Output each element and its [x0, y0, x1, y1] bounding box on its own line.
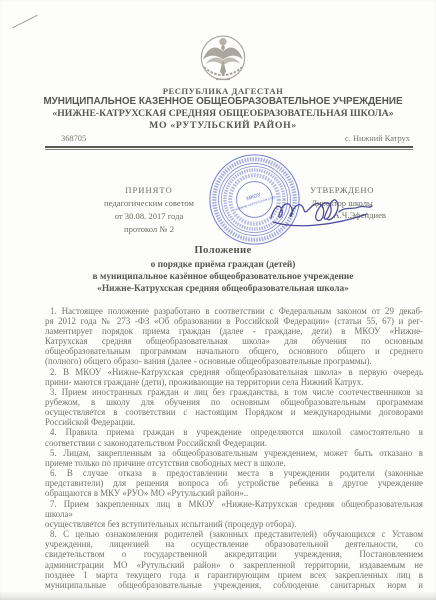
title-line-2: о порядке приёма граждан (детей) [18, 259, 428, 271]
body-line: рубежом, в школу для обучения по основны… [45, 397, 423, 407]
body-line: ламентирует порядок приема граждан (дале… [45, 326, 423, 336]
body-line: приеме только по причине отсутствия своб… [45, 458, 423, 468]
body-line: школа» [45, 509, 423, 519]
director-signature-icon [267, 190, 375, 234]
body-line: 8. С целью ознакомления родителей (закон… [45, 529, 423, 539]
body-line: прини- маются граждане (дети), проживающ… [45, 377, 423, 387]
body-line: администрации МО «Рутульский район» о за… [45, 560, 423, 570]
body-line: обращаются в МКУ «РУО» МО «Рутульский ра… [45, 488, 423, 498]
letterhead: РЕСПУБЛИКА ДАГЕСТАН МУНИЦИПАЛЬНОЕ КАЗЕНН… [18, 0, 428, 132]
title-line-4: «Нижне-Катрухская средняя общеобразовате… [18, 283, 428, 295]
body-line: Катрухская средняя общеобразовательная ш… [45, 336, 423, 346]
dagestan-coat-of-arms-icon [197, 27, 249, 85]
body-line: (полного) общего образо- вания (далее - … [45, 356, 423, 366]
body-line: 7. Прием закрепленных лиц в МКОУ «Нижне-… [45, 499, 423, 509]
document-page: РЕСПУБЛИКА ДАГЕСТАН МУНИЦИПАЛЬНОЕ КАЗЕНН… [0, 0, 436, 600]
accepted-block: ПРИНЯТО педагогическим советом от 30.08.… [84, 184, 214, 236]
body-line: 6. В случае отказа в предоставлении мест… [45, 468, 423, 478]
accepted-by: педагогическим советом [84, 197, 214, 210]
body-line: 4. Правила приема граждан в учреждение о… [45, 427, 423, 437]
body-text: 1. Настоящее положение разработано в соо… [45, 306, 423, 590]
header-organization-type: МУНИЦИПАЛЬНОЕ КАЗЕННОЕ ОБЩЕОБРАЗОВАТЕЛЬН… [18, 96, 428, 108]
header-republic: РЕСПУБЛИКА ДАГЕСТАН [18, 86, 428, 96]
body-line: свидетельством о государственной аккреди… [45, 549, 423, 559]
document-title: Положение о порядке приёма граждан (дете… [18, 244, 428, 296]
body-line: 1. Настоящее положение разработано в соо… [45, 306, 423, 316]
accepted-heading: ПРИНЯТО [84, 184, 214, 197]
body-line: муниципальные общеобразовательные учрежд… [45, 580, 423, 590]
title-line-3: в муниципальное казённое общеобразовател… [18, 271, 428, 283]
approval-section: ПРИНЯТО педагогическим советом от 30.08.… [0, 150, 436, 238]
accepted-protocol: протокол № 2 [84, 223, 214, 236]
body-line: 2. В МКОУ «Нижне-Катрухская средняя обще… [45, 367, 423, 377]
body-line: 5. Лицам, закрепленным за общеобразовате… [45, 448, 423, 458]
body-line: Российской Федерации. [45, 417, 423, 427]
postal-code: 368705 [61, 134, 86, 144]
settlement: с. Нижний Катрух [345, 134, 410, 144]
body-line: представители) для решения вопроса об ус… [45, 478, 423, 488]
header-municipality: МО «РУТУЛЬСКИЙ РАЙОН» [18, 120, 428, 132]
body-line: соответствии с законодательством Российс… [45, 438, 423, 448]
body-line: учреждения, лицензией на осуществление о… [45, 539, 423, 549]
scan-edge-shadow [0, 591, 436, 600]
accepted-date: от 30.08. 2017 года [84, 210, 214, 223]
body-line: осуществляется без вступительных испытан… [45, 519, 423, 529]
body-line: 3. Прием иностранных граждан и лиц без г… [45, 387, 423, 397]
header-organization-name: «НИЖНЕ-КАТРУХСКАЯ СРЕДНЯЯ ОБЩЕОБРАЗОВАТЕ… [18, 108, 428, 120]
body-line: общеобразовательным программам начальног… [45, 346, 423, 356]
body-line: ря 2012 года № 273 -ФЗ «Об образовании в… [45, 316, 423, 326]
address-row: 368705 с. Нижний Катрух [61, 134, 410, 144]
body-line: осуществляется в соответствии с настоящи… [45, 407, 423, 417]
body-line: позднее 1 марта текущего года и гарантир… [45, 570, 423, 580]
